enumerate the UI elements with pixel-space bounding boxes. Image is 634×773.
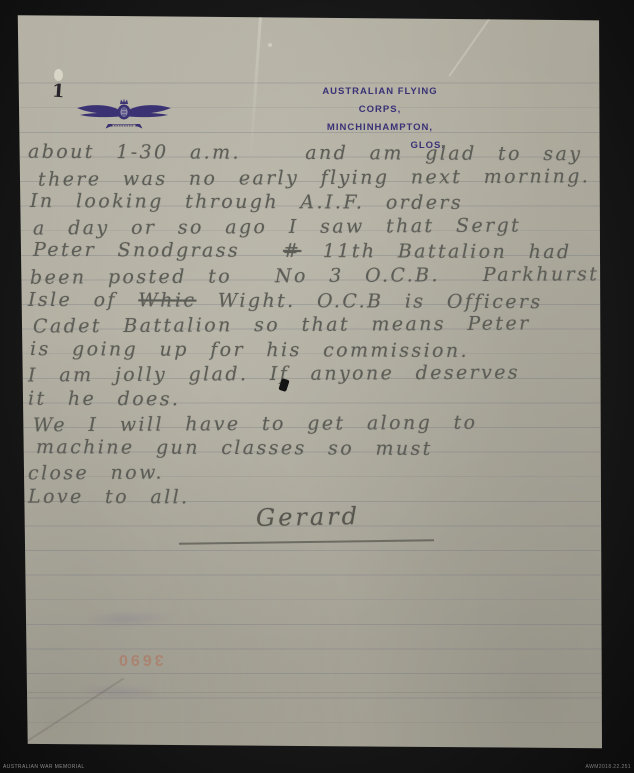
handwriting-text: I am jolly glad. If anyone deserves (28, 362, 520, 387)
paper-speck (268, 43, 272, 47)
handwriting-text: Wight. O.C.B is Officers (196, 289, 542, 313)
handwriting-text: Isle of (28, 288, 138, 310)
handwriting-text: In looking through A.I.F. orders (30, 190, 463, 214)
handwriting-line: Peter Snodgrass # 11th Battalion had (33, 239, 572, 263)
paper-crease (249, 13, 262, 163)
handwriting-text: machine gun classes so must (36, 436, 433, 460)
handwriting-text: about 1-30 a.m. and am glad to say (28, 141, 582, 165)
signature-underline (179, 539, 434, 544)
struck-text: # (283, 240, 301, 262)
afc-wings-emblem-icon (74, 97, 174, 133)
handwriting-line: been posted to No 3 O.C.B. Parkhurst (30, 263, 599, 288)
handwriting-line: is going up for his commission. (30, 338, 469, 362)
handwriting-text: is going up for his commission. (30, 338, 469, 362)
ink-bleedthrough-smudge (78, 609, 178, 628)
page-number: 1 (51, 81, 65, 103)
ink-bleedthrough-smudge (74, 683, 166, 700)
handwriting-line: I am jolly glad. If anyone deserves (28, 362, 520, 387)
handwriting-text: close now. (28, 461, 164, 484)
bleedthrough-stamp-number: 3690 (116, 650, 164, 668)
handwriting-line: Cadet Battalion so that means Peter (33, 313, 531, 338)
paper-crease (448, 13, 493, 76)
handwriting-text: Peter Snodgrass (33, 239, 283, 262)
handwriting-text: been posted to No 3 O.C.B. Parkhurst (30, 263, 599, 288)
catalog-number-caption: AWM2018.22.251 (586, 764, 631, 770)
handwriting-line: Isle of Whic Wight. O.C.B is Officers (28, 288, 543, 312)
letterhead-town: MINCHINHAMPTON, (301, 119, 459, 137)
handwriting-line: there was no early flying next morning. (38, 165, 590, 190)
handwriting-line: In looking through A.I.F. orders (30, 190, 463, 214)
handwriting-text: We I will have to get along to (33, 411, 478, 436)
handwriting-text: it he does. (28, 388, 180, 411)
handwriting-text: there was no early flying next morning. (38, 165, 590, 190)
signature: Gerard (256, 502, 360, 532)
handwriting-line: We I will have to get along to (33, 411, 478, 436)
scan-black-mount: 1 AUSTRALIAN FLYING CORPS, MINCHINHAMPTO… (0, 0, 634, 773)
handwriting-line: close now. (28, 461, 164, 484)
letterhead-org: AUSTRALIAN FLYING CORPS, (301, 83, 459, 119)
archive-credit-caption: AUSTRALIAN WAR MEMORIAL (3, 764, 85, 770)
handwriting-text: 11th Battalion had (301, 240, 571, 263)
handwriting-line: it he does. (28, 388, 180, 411)
handwriting-line: about 1-30 a.m. and am glad to say (28, 141, 582, 165)
struck-text: Whic (138, 289, 196, 311)
handwriting-text: Love to all. (28, 486, 190, 509)
paper-chip-mark (54, 69, 63, 81)
handwriting-line: Love to all. (28, 486, 190, 509)
handwriting-text: a day or so ago I saw that Sergt (33, 214, 521, 239)
handwriting-line: machine gun classes so must (36, 436, 433, 460)
letter-page: 1 AUSTRALIAN FLYING CORPS, MINCHINHAMPTO… (16, 13, 602, 749)
handwriting-line: a day or so ago I saw that Sergt (33, 214, 521, 239)
handwriting-text: Cadet Battalion so that means Peter (33, 313, 531, 338)
